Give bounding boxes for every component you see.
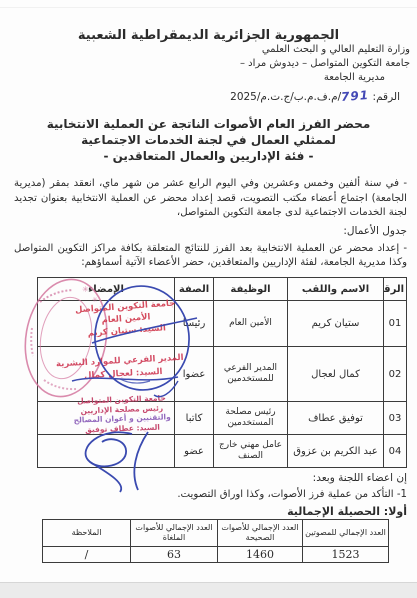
member-name: عبد الكريم بن عزوق [288, 435, 384, 468]
member-role: عضو [175, 435, 214, 468]
directorate-line: مديرية الجامعة [324, 72, 385, 83]
ministry-line: وزارة التعليم العالي و البحث العلمي [262, 44, 410, 55]
member-role: رئيسا [175, 301, 214, 347]
ref-suffix: /م.ف.م.ب/ج.ت.م/2025 [230, 91, 341, 103]
member-job: رئيس مصلحة المستخدمين [214, 402, 288, 435]
scan-top-edge [0, 7, 417, 8]
member-name: توفيق عطاف [288, 402, 384, 435]
table-row: 01 ستيان كريم الأمين العام رئيسا [38, 301, 407, 347]
column-header-valid-votes: العدد الإجمالي للأصوات الصحيحة [218, 520, 303, 547]
void-votes-value: 63 [131, 547, 218, 563]
member-role: عضوا [175, 347, 214, 402]
note-value: / [43, 547, 131, 563]
step1-statement: 1- التأكد من عملية فرز الأصوات، وكذا اور… [177, 489, 407, 500]
valid-votes-value: 1460 [218, 547, 303, 563]
table-row: 03 توفيق عطاف رئيس مصلحة المستخدمين كاتب… [38, 402, 407, 435]
member-num: 02 [384, 347, 407, 402]
reference-number-line: الرقم: 791/م.ف.م.ب/ج.ت.م/2025 [230, 89, 400, 103]
member-signature-cell [38, 435, 175, 468]
column-header-role: الصفة [175, 278, 214, 301]
column-header-total-voters: العدد الإجمالي للمصوتين [303, 520, 389, 547]
column-header-job: الوظيفة [214, 278, 288, 301]
agenda-paragraph: - إعداد محضر عن العملية الانتخابية بعد ا… [14, 242, 407, 270]
member-signature-cell [38, 347, 175, 402]
member-name: كمال لعجال [288, 347, 384, 402]
member-num: 01 [384, 301, 407, 347]
column-header-name: الاسم واللقب [288, 278, 384, 301]
total-voters-value: 1523 [303, 547, 389, 563]
column-header-num: الرقم [384, 278, 407, 301]
document-title-line3: - فئة الإداريين والعمال المتعاقدين - [0, 149, 417, 163]
member-num: 03 [384, 402, 407, 435]
university-line: جامعة التكوين المتواصل – ديدوش مراد – [240, 58, 410, 69]
handwritten-ref-number: 791 [341, 88, 370, 104]
member-name: ستيان كريم [288, 301, 384, 347]
totals-header-row: العدد الإجمالي للمصوتين العدد الإجمالي ل… [43, 520, 389, 547]
member-role: كاتبا [175, 402, 214, 435]
intro-paragraph: - في سنة ألفين وخمس وعشرين وفي اليوم الر… [14, 177, 407, 221]
table-row: 02 كمال لعجال المدير الفرعي للمستخدمين ع… [38, 347, 407, 402]
totals-table: العدد الإجمالي للمصوتين العدد الإجمالي ل… [42, 519, 389, 563]
member-signature-cell [38, 301, 175, 347]
members-table: الرقم الاسم واللقب الوظيفة الصفة الإمضاء… [37, 277, 407, 468]
member-signature-cell [38, 402, 175, 435]
scanned-document-page: { "header": { "country": "الجمهورية الجز… [0, 0, 417, 598]
scan-bottom-edge [0, 582, 417, 598]
document-title-line1: محضر الفرز العام الأصوات الناتجة عن العم… [0, 117, 417, 131]
committee-statement: إن اعضاء اللجنة وبعد: [313, 472, 407, 484]
column-header-void-votes: العدد الإجمالي للأصوات الملغاة [131, 520, 218, 547]
member-job: المدير الفرعي للمستخدمين [214, 347, 288, 402]
totals-value-row: 1523 1460 63 / [43, 547, 389, 563]
member-job: الأمين العام [214, 301, 288, 347]
member-job: عامل مهني خارج الصنف [214, 435, 288, 468]
ref-label: الرقم: [373, 91, 400, 103]
column-header-signature: الإمضاء [38, 278, 175, 301]
country-title: الجمهورية الجزائرية الديمقراطية الشعبية [0, 28, 417, 43]
members-table-header-row: الرقم الاسم واللقب الوظيفة الصفة الإمضاء [38, 278, 407, 301]
member-num: 04 [384, 435, 407, 468]
agenda-label: جدول الأعمال: [343, 225, 407, 237]
document-title-line2: لممثلي العمال في لجنة الخدمات الاجتماعية [0, 133, 417, 147]
column-header-note: الملاحظة [43, 520, 131, 547]
totals-section-title: أولا: الحصيلة الإجمالية [287, 505, 407, 518]
table-row: 04 عبد الكريم بن عزوق عامل مهني خارج الص… [38, 435, 407, 468]
